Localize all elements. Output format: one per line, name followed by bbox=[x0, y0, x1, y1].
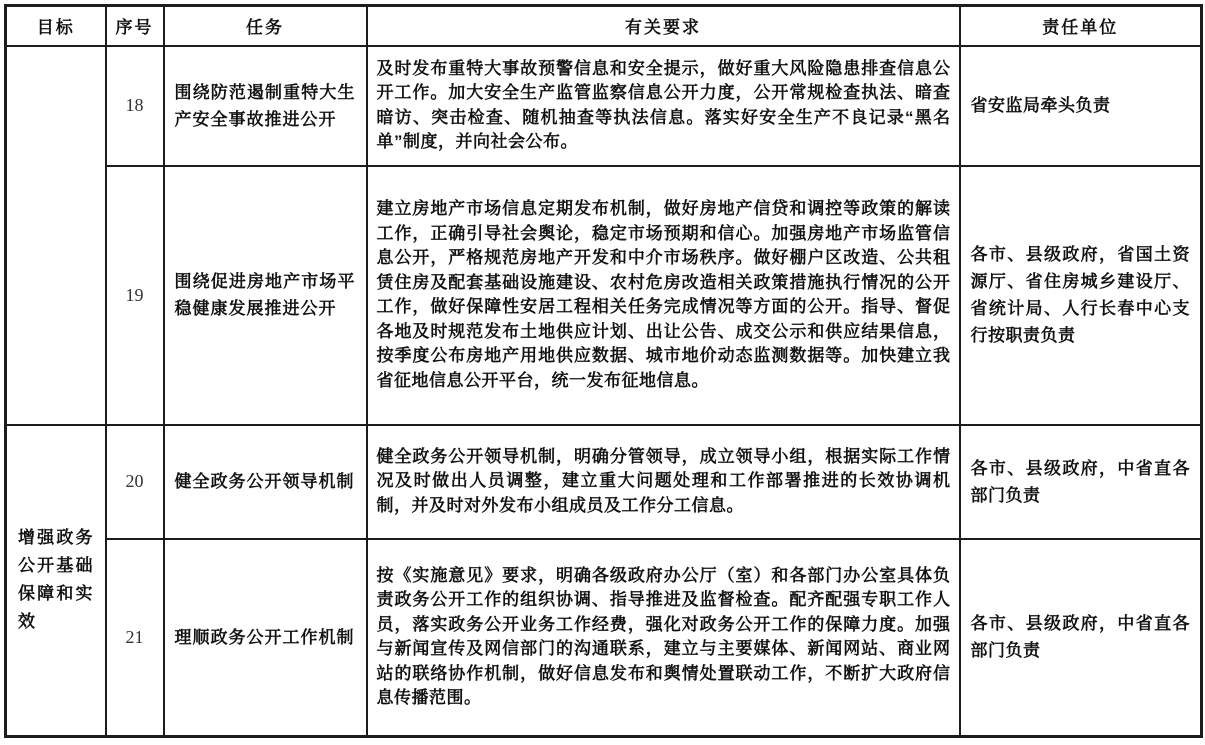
task-cell-20: 健全政务公开领导机制 bbox=[164, 425, 367, 539]
goal-cell-empty bbox=[6, 46, 106, 425]
unit-cell-20: 各市、县级政府，中省直各部门负责 bbox=[960, 425, 1202, 539]
unit-cell-19: 各市、县级政府，省国土资源厅、省住房城乡建设厅、省统计局、人行长春中心支行按职责… bbox=[960, 166, 1202, 425]
no-cell-21: 21 bbox=[106, 539, 164, 737]
requirements-cell-20: 健全政务公开领导机制，明确分管领导，成立领导小组，根据实际工作情况及时做出人员调… bbox=[367, 425, 960, 539]
task-cell-21: 理顺政务公开工作机制 bbox=[164, 539, 367, 737]
no-cell-20: 20 bbox=[106, 425, 164, 539]
header-cell-requirements: 有关要求 bbox=[367, 6, 960, 46]
header-cell-no: 序号 bbox=[106, 6, 164, 46]
header-row: 目标 序号 任务 有关要求 责任单位 bbox=[6, 6, 1202, 46]
header-cell-unit: 责任单位 bbox=[960, 6, 1202, 46]
requirements-cell-19: 建立房地产市场信息定期发布机制，做好房地产信贷和调控等政策的解读工作，正确引导社… bbox=[367, 166, 960, 425]
unit-cell-18: 省安监局牵头负责 bbox=[960, 46, 1202, 166]
document-page: 目标 序号 任务 有关要求 责任单位 18 围绕防范遏制重特大生产安全事故推进公… bbox=[0, 0, 1205, 745]
unit-cell-21: 各市、县级政府，中省直各部门负责 bbox=[960, 539, 1202, 737]
goal-cell-strengthen-openness: 增强政务公开基础保障和实效 bbox=[6, 425, 106, 737]
task-cell-19: 围绕促进房地产市场平稳健康发展推进公开 bbox=[164, 166, 367, 425]
table-row-20: 增强政务公开基础保障和实效 20 健全政务公开领导机制 健全政务公开领导机制，明… bbox=[6, 425, 1202, 539]
tasks-table: 目标 序号 任务 有关要求 责任单位 18 围绕防范遏制重特大生产安全事故推进公… bbox=[4, 4, 1203, 738]
no-cell-18: 18 bbox=[106, 46, 164, 166]
table-row-18: 18 围绕防范遏制重特大生产安全事故推进公开 及时发布重特大事故预警信息和安全提… bbox=[6, 46, 1202, 166]
header-cell-task: 任务 bbox=[164, 6, 367, 46]
requirements-cell-18: 及时发布重特大事故预警信息和安全提示，做好重大风险隐患排查信息公开工作。加大安全… bbox=[367, 46, 960, 166]
header-cell-goal: 目标 bbox=[6, 6, 106, 46]
task-cell-18: 围绕防范遏制重特大生产安全事故推进公开 bbox=[164, 46, 367, 166]
table-row-19: 19 围绕促进房地产市场平稳健康发展推进公开 建立房地产市场信息定期发布机制，做… bbox=[6, 166, 1202, 425]
requirements-cell-21: 按《实施意见》要求，明确各级政府办公厅（室）和各部门办公室具体负责政务公开工作的… bbox=[367, 539, 960, 737]
table-row-21: 21 理顺政务公开工作机制 按《实施意见》要求，明确各级政府办公厅（室）和各部门… bbox=[6, 539, 1202, 737]
no-cell-19: 19 bbox=[106, 166, 164, 425]
